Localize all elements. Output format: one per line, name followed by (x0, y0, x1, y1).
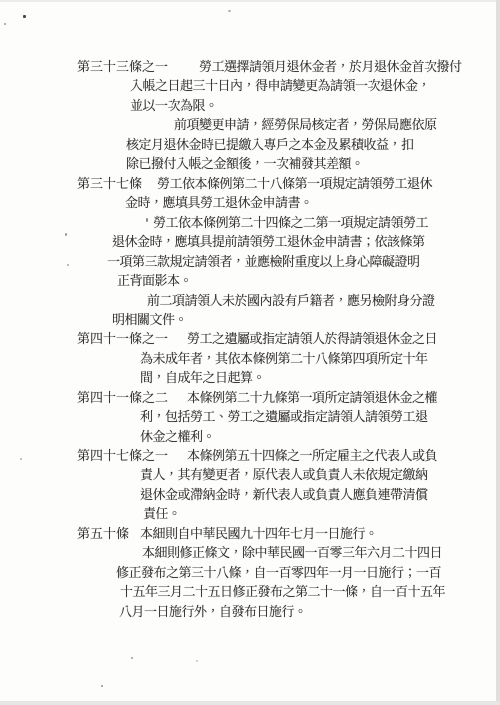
scan-speck (67, 264, 69, 266)
scan-edge-top (0, 0, 500, 2)
article-number: 第四十七條之一 (77, 449, 168, 463)
article-body-line: 入帳之日起三十日內，得申請變更為請領一次退休金， (130, 79, 430, 93)
article-body-line: 休金之權利。 (140, 430, 215, 444)
article-body-line: 本條例第二十九條第一項所定請領退休金之權 (187, 391, 437, 405)
document-page: 第三十三條之一勞工選擇請領月退休金者，於月退休金首次撥付入帳之日起三十日內，得申… (0, 0, 500, 705)
article-body-line: 勞工依本條例第二十四條之二第一項規定請領勞工 (153, 216, 428, 230)
article-number: 第五十條 (77, 527, 129, 541)
article-body-line: 為未成年者，其依本條例第二十八條第四項所定十年 (140, 352, 428, 366)
article-body-line: 勞工選擇請領月退休金者，於月退休金首次撥付 (199, 60, 462, 74)
article-body-line: 退休金時，應填具提前請領勞工退休金申請書；依該條第 (112, 235, 425, 249)
article-body-line: 責任。 (143, 507, 181, 521)
scan-speck (65, 233, 67, 236)
article-body-line: 勞工之遺屬或指定請領人於得請領退休金之日 (187, 332, 437, 346)
article-body-line: 利，包括勞工、勞工之遺屬或指定請領人請領勞工退 (140, 410, 428, 424)
article-body-line: 十五年三月二十五日修正發布之第二十一條，自一百十五年 (120, 585, 445, 599)
scan-speck (196, 660, 198, 662)
article-body-line: 正背面影本。 (117, 274, 192, 288)
scan-speck (20, 458, 22, 460)
article-body-line: 除已撥付入帳之金額後，一次補發其差額。 (126, 157, 364, 171)
article-body-line: 勞工依本條例第二十八條第一項規定請領勞工退休 (157, 177, 432, 191)
article-body-line: 一項第三款規定請領者，並應檢附重度以上身心障礙證明 (107, 255, 420, 269)
article-body-line: 核定月退休金時已提繳入專戶之本金及累積收益，扣 (126, 138, 414, 152)
scan-speck (4, 23, 6, 25)
article-body-line: 退休金或滯納金時，新代表人或負責人應負連帶清償 (140, 488, 428, 502)
article-body-line: 本細則自中華民國九十四年七月一日施行。 (140, 527, 378, 541)
article-body-line: 本條例第五十四條之一所定雇主之代表人或負 (187, 449, 437, 463)
article-number: 第四十一條之一 (77, 332, 168, 346)
scan-speck (131, 657, 133, 659)
scan-speck (101, 685, 103, 687)
article-body-line: 修正發布之第三十八條，自一百零四年一月一日施行；一百 (116, 566, 441, 580)
article-body-line: 八月一日施行外，自發布日施行。 (119, 605, 307, 619)
article-body-line: 金時，應填具勞工退休金申請書。 (125, 196, 313, 210)
scan-edge-bottom (0, 701, 500, 705)
scan-edge-right (496, 0, 500, 705)
article-body-line: 本細則修正條文，除中華民國一百零三年六月二十四日 (142, 546, 442, 560)
article-body-line: 間，自成年之日起算。 (140, 371, 265, 385)
article-number: 第三十三條之一 (77, 60, 168, 74)
article-body-line: 前項變更申請，經勞保局核定者，勞保局應依原 (174, 118, 437, 132)
article-body-line: 責人，其有變更者，原代表人或負責人未依規定繳納 (140, 468, 428, 482)
article-number: 第三十七條 (77, 177, 142, 191)
article-body-line: 並以一次為限。 (130, 99, 218, 113)
article-number: 第四十一條之二 (77, 391, 168, 405)
scan-speck (228, 10, 231, 12)
scan-speck (146, 218, 148, 222)
article-body-line: 明相關文件。 (112, 313, 187, 327)
scan-speck (222, 60, 224, 62)
scan-speck (23, 15, 26, 18)
article-body-line: 前二項請領人未於國內設有戶籍者，應另檢附身分證 (147, 294, 435, 308)
